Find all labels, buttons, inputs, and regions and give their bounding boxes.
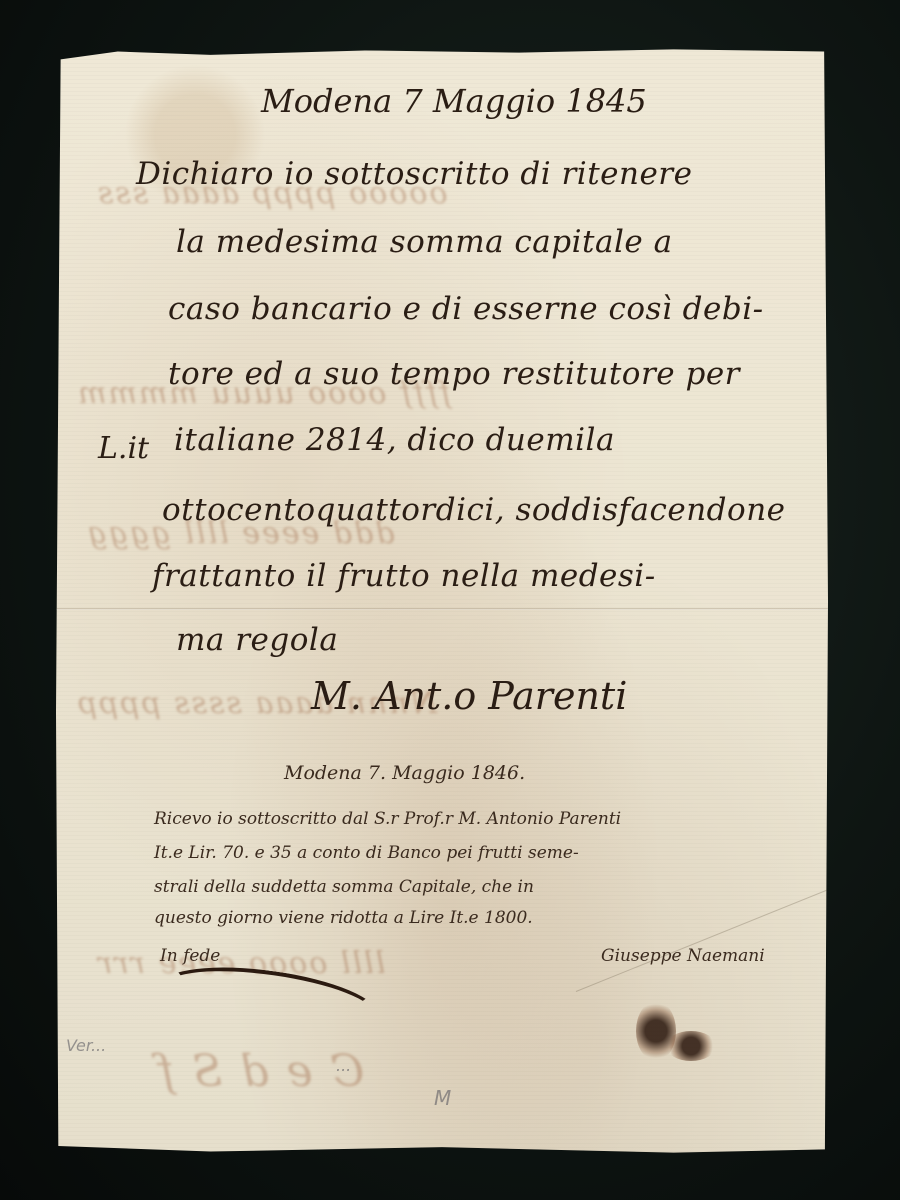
text-line-2: la medesima somma capitale a <box>176 224 673 260</box>
ink-blot <box>666 1031 716 1061</box>
text-line-4: tore ed a suo tempo restitutore per <box>168 356 740 392</box>
signature-naemani: Giuseppe Naemani <box>601 946 765 966</box>
text-line-3: caso bancario e di esserne così debi- <box>168 291 764 327</box>
signature-parenti: M. Ant.o Parenti <box>311 674 627 718</box>
text-line-6: ottocentoquattordici, soddisfacendone <box>162 492 786 528</box>
fold-line <box>56 608 828 610</box>
closing-in-fede: In fede <box>160 946 220 966</box>
date-line-1845: Modena 7 Maggio 1845 <box>261 82 647 120</box>
bleed-through-text: C e d S f <box>156 1046 364 1097</box>
pencil-note: ... <box>336 1056 351 1075</box>
receipt-line-3: strali della suddetta somma Capitale, ch… <box>154 877 534 897</box>
receipt-line-1: Ricevo io sottoscritto dal S.r Prof.r M.… <box>154 809 621 829</box>
text-line-1: Dichiaro io sottoscritto di ritenere <box>136 156 692 192</box>
pencil-note: Ver... <box>66 1036 106 1055</box>
text-line-5: italiane 2814, dico duemila <box>174 422 615 458</box>
margin-currency-mark: L.it <box>98 431 149 466</box>
receipt-line-4: questo giorno viene ridotta a Lire It.e … <box>154 908 533 928</box>
text-line-8: ma regola <box>176 622 338 658</box>
receipt-line-2: It.e Lir. 70. e 35 a conto di Banco pei … <box>154 843 579 863</box>
text-line-7: frattanto il frutto nella medesi- <box>152 558 656 594</box>
date-line-1846: Modena 7. Maggio 1846. <box>284 762 525 784</box>
paper-crease <box>576 879 855 992</box>
document-paper: ooooo pppp aaaa sss ffff oooo uuuu mmmm … <box>56 46 828 1156</box>
pencil-note: M <box>434 1086 451 1110</box>
